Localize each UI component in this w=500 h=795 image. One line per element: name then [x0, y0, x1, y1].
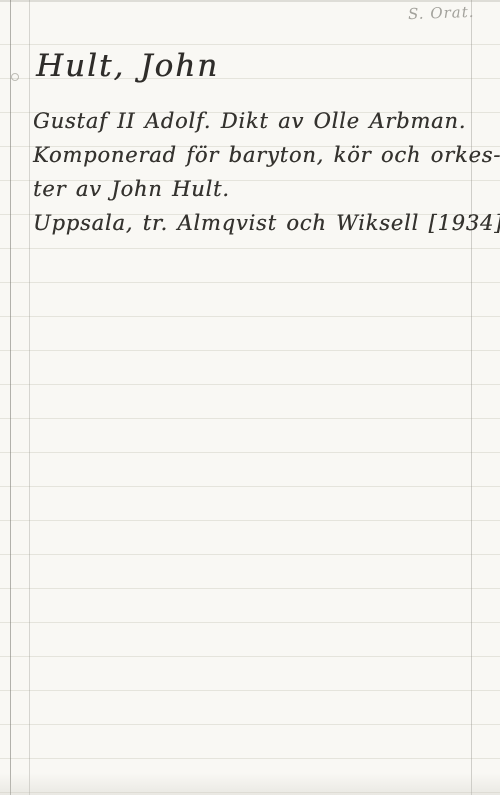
card-text-line-4: Uppsala, tr. Almqvist och Wiksell [1934]… — [33, 206, 473, 240]
left-edge-line — [10, 0, 11, 795]
classification-mark: S. Orat. — [408, 3, 475, 23]
card-text-line-2: Komponerad för baryton, kör och orkes- — [33, 138, 473, 172]
card-text-line-3: ter av John Hult. — [33, 172, 473, 206]
left-margin-line — [29, 0, 30, 795]
card-body: Gustaf II Adolf. Dikt av Olle Arbman. Ko… — [33, 104, 473, 240]
scan-top-edge — [0, 0, 500, 2]
card-text-line-1: Gustaf II Adolf. Dikt av Olle Arbman. — [33, 104, 473, 138]
catalog-card-scan: S. Orat. Hult, John Gustaf II Adolf. Dik… — [0, 0, 500, 795]
card-heading: Hult, John — [36, 48, 219, 84]
punch-mark — [11, 73, 19, 81]
scan-bottom-edge — [0, 773, 500, 795]
